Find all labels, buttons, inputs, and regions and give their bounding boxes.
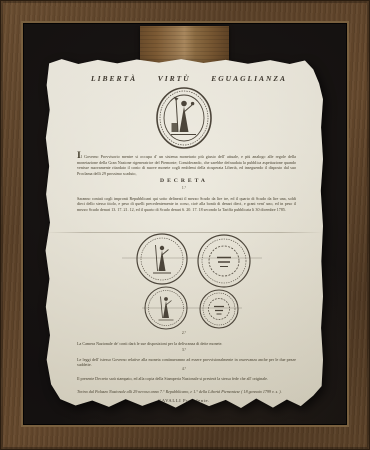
framed-decree-photo: LIBERTÀ VIRTÙ EGUAGLIANZA Il Governo Pro… bbox=[0, 0, 370, 450]
document-paper-wrap: LIBERTÀ VIRTÙ EGUAGLIANZA Il Governo Pro… bbox=[45, 57, 323, 409]
header-word-eguaglianza: EGUAGLIANZA bbox=[211, 74, 287, 83]
intro-paragraph: Il Governo Provvisorio mentre si occupa … bbox=[77, 152, 296, 176]
decreta-heading: DECRETA bbox=[45, 178, 323, 184]
dateline: Torino dal Palazzo Nazionale alli 29 nev… bbox=[77, 389, 296, 394]
coin-figure-row-small bbox=[137, 286, 247, 332]
header-word-liberta: LIBERTÀ bbox=[91, 74, 137, 83]
section-marker-3: 3.° bbox=[45, 348, 323, 352]
section-marker-2: 2.° bbox=[45, 331, 323, 335]
coin-figure-row-large bbox=[122, 233, 262, 289]
section-marker-1: 1.° bbox=[45, 186, 323, 190]
coin-reverse-small-icon bbox=[200, 290, 238, 328]
header-word-virtu: VIRTÙ bbox=[158, 74, 191, 83]
section-paragraph-2: La Camera Nazionale de' conti darà le su… bbox=[77, 341, 296, 346]
section-marker-4: 4.° bbox=[45, 367, 323, 371]
seal-icon bbox=[154, 86, 214, 150]
document-paper: LIBERTÀ VIRTÙ EGUAGLIANZA Il Governo Pro… bbox=[45, 57, 323, 409]
document-header: LIBERTÀ VIRTÙ EGUAGLIANZA bbox=[45, 74, 323, 83]
section-paragraph-4: Il presente Decreto sarà stampato, ed al… bbox=[77, 376, 296, 381]
signature-line: CAVALLI Presidente. bbox=[45, 398, 323, 403]
section-paragraph-1: Saranno coniati cogli impronti Repubblic… bbox=[77, 196, 296, 212]
coin-reverse-large-icon bbox=[198, 235, 250, 287]
coin-obverse-large-icon bbox=[137, 234, 187, 284]
